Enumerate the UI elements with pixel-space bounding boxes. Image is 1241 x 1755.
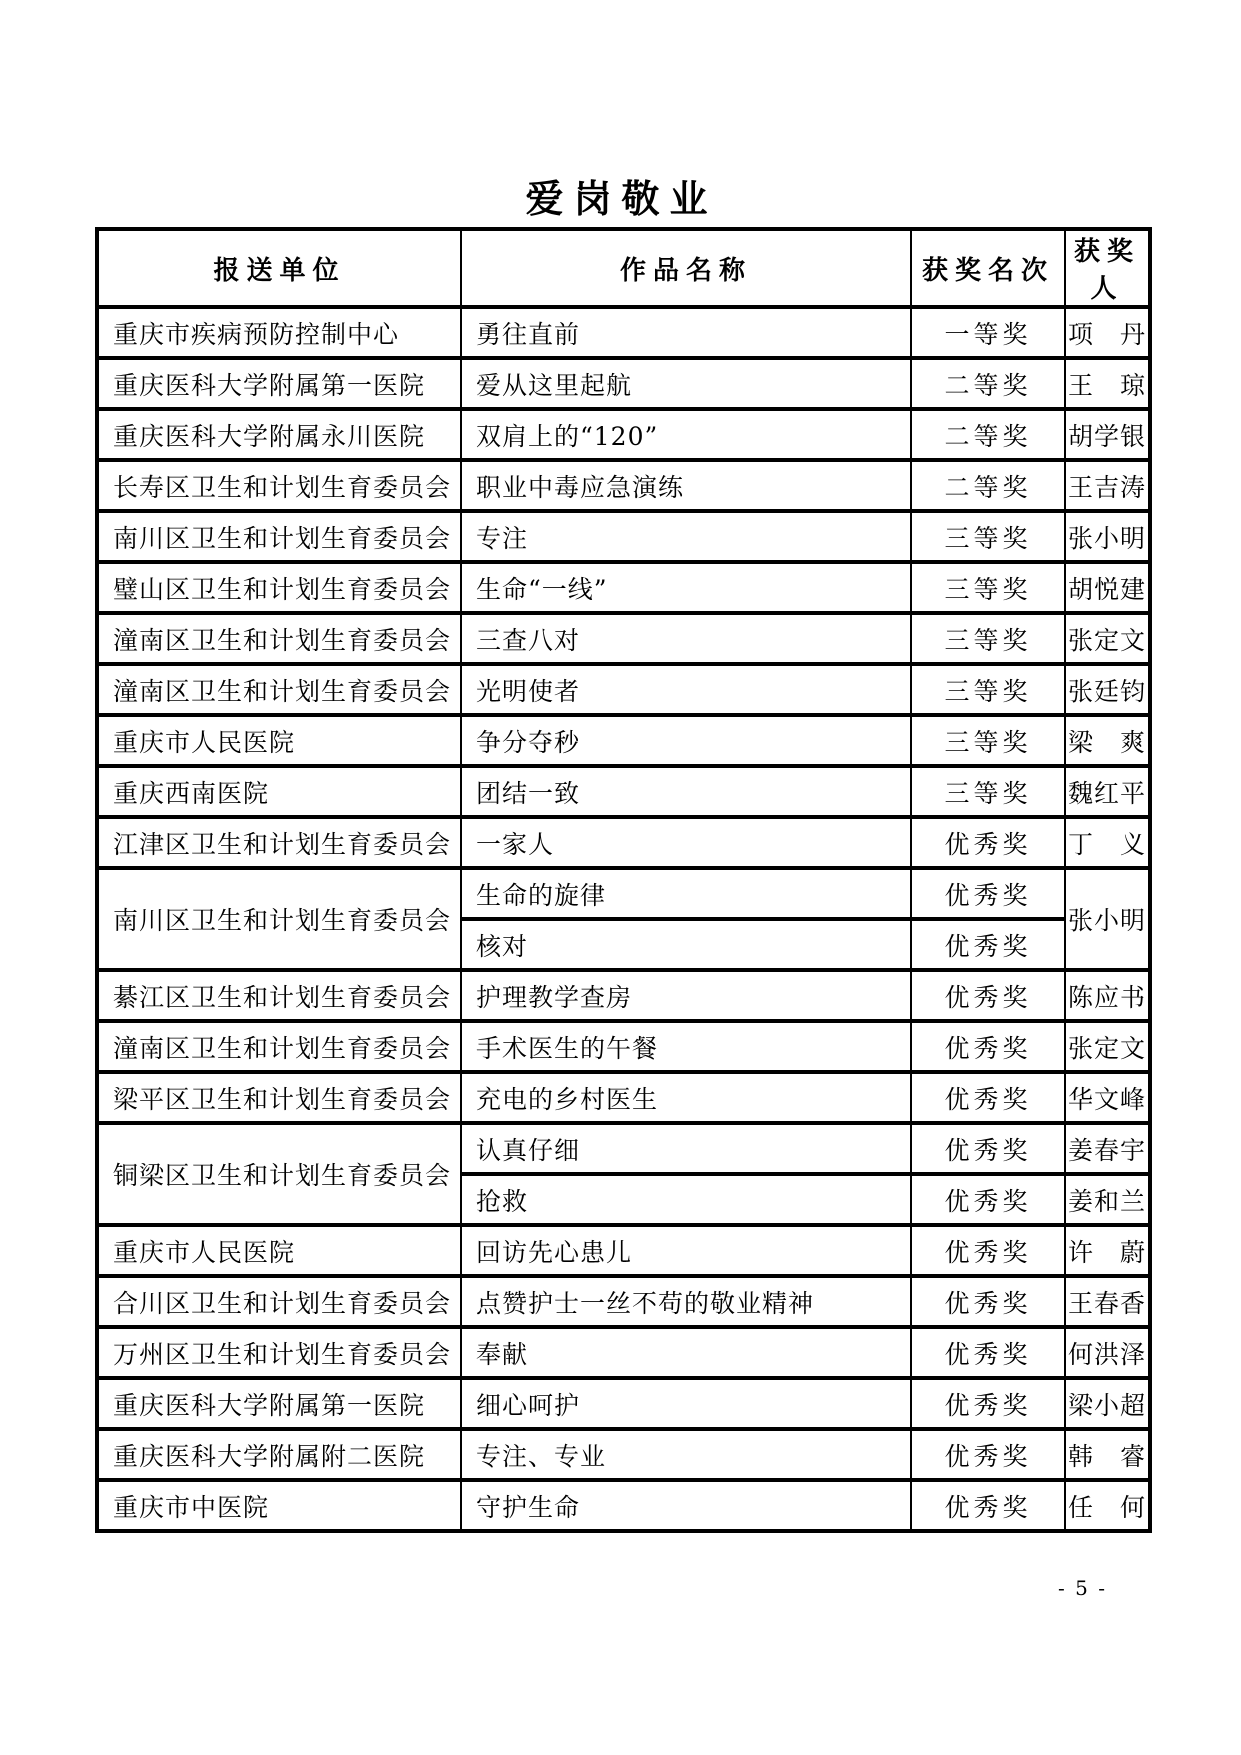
winner-cell: 王 琼 xyxy=(1065,358,1150,409)
work-cell: 双肩上的“120” xyxy=(461,409,911,460)
award-cell: 三等奖 xyxy=(911,664,1065,715)
award-cell: 优秀奖 xyxy=(911,970,1065,1021)
award-cell: 优秀奖 xyxy=(911,1225,1065,1276)
document-page: 爱岗敬业 报送单位 作品名称 获奖名次 获奖人 重庆市疾病预防控制中心勇往直前一… xyxy=(0,0,1241,1755)
unit-cell: 重庆医科大学附属永川医院 xyxy=(97,409,461,460)
winner-cell: 韩 睿 xyxy=(1065,1429,1150,1480)
table-row: 合川区卫生和计划生育委员会点赞护士一丝不苟的敬业精神优秀奖王春香 xyxy=(97,1276,1150,1327)
award-cell: 三等奖 xyxy=(911,766,1065,817)
unit-cell: 铜梁区卫生和计划生育委员会 xyxy=(97,1123,461,1225)
unit-cell: 潼南区卫生和计划生育委员会 xyxy=(97,1021,461,1072)
table-row: 重庆医科大学附属第一医院爱从这里起航二等奖王 琼 xyxy=(97,358,1150,409)
awards-table: 报送单位 作品名称 获奖名次 获奖人 重庆市疾病预防控制中心勇往直前一等奖项 丹… xyxy=(95,227,1152,1533)
award-cell: 优秀奖 xyxy=(911,868,1065,919)
unit-cell: 重庆医科大学附属第一医院 xyxy=(97,1378,461,1429)
table-row: 綦江区卫生和计划生育委员会护理教学查房优秀奖陈应书 xyxy=(97,970,1150,1021)
winner-cell: 何洪泽 xyxy=(1065,1327,1150,1378)
table-row: 潼南区卫生和计划生育委员会手术医生的午餐优秀奖张定文 xyxy=(97,1021,1150,1072)
winner-cell: 王春香 xyxy=(1065,1276,1150,1327)
award-cell: 二等奖 xyxy=(911,409,1065,460)
winner-cell: 胡悦建 xyxy=(1065,562,1150,613)
award-cell: 优秀奖 xyxy=(911,1378,1065,1429)
table-row: 重庆市疾病预防控制中心勇往直前一等奖项 丹 xyxy=(97,307,1150,358)
table-row: 南川区卫生和计划生育委员会专注三等奖张小明 xyxy=(97,511,1150,562)
work-cell: 充电的乡村医生 xyxy=(461,1072,911,1123)
winner-cell: 张定文 xyxy=(1065,1021,1150,1072)
table-row: 万州区卫生和计划生育委员会奉献优秀奖何洪泽 xyxy=(97,1327,1150,1378)
unit-cell: 合川区卫生和计划生育委员会 xyxy=(97,1276,461,1327)
winner-cell: 华文峰 xyxy=(1065,1072,1150,1123)
table-row: 潼南区卫生和计划生育委员会三查八对三等奖张定文 xyxy=(97,613,1150,664)
winner-cell: 丁 义 xyxy=(1065,817,1150,868)
unit-cell: 重庆西南医院 xyxy=(97,766,461,817)
work-cell: 手术医生的午餐 xyxy=(461,1021,911,1072)
table-row: 重庆市人民医院回访先心患儿优秀奖许 蔚 xyxy=(97,1225,1150,1276)
table-row: 江津区卫生和计划生育委员会一家人优秀奖丁 义 xyxy=(97,817,1150,868)
work-cell: 职业中毒应急演练 xyxy=(461,460,911,511)
unit-cell: 梁平区卫生和计划生育委员会 xyxy=(97,1072,461,1123)
unit-cell: 江津区卫生和计划生育委员会 xyxy=(97,817,461,868)
unit-cell: 潼南区卫生和计划生育委员会 xyxy=(97,664,461,715)
award-cell: 三等奖 xyxy=(911,562,1065,613)
award-cell: 优秀奖 xyxy=(911,817,1065,868)
unit-cell: 重庆市疾病预防控制中心 xyxy=(97,307,461,358)
table-row: 重庆医科大学附属永川医院双肩上的“120”二等奖胡学银 xyxy=(97,409,1150,460)
work-cell: 核对 xyxy=(461,919,911,970)
table-row: 重庆西南医院团结一致三等奖魏红平 xyxy=(97,766,1150,817)
page-number: - 5 - xyxy=(1058,1576,1107,1600)
unit-cell: 长寿区卫生和计划生育委员会 xyxy=(97,460,461,511)
winner-cell: 张小明 xyxy=(1065,868,1150,970)
header-unit: 报送单位 xyxy=(97,229,461,307)
work-cell: 争分夺秒 xyxy=(461,715,911,766)
award-cell: 优秀奖 xyxy=(911,1174,1065,1225)
table-row: 梁平区卫生和计划生育委员会充电的乡村医生优秀奖华文峰 xyxy=(97,1072,1150,1123)
work-cell: 专注、专业 xyxy=(461,1429,911,1480)
header-winner: 获奖人 xyxy=(1065,229,1150,307)
unit-cell: 南川区卫生和计划生育委员会 xyxy=(97,511,461,562)
winner-cell: 张小明 xyxy=(1065,511,1150,562)
work-cell: 认真仔细 xyxy=(461,1123,911,1174)
awards-table-body: 重庆市疾病预防控制中心勇往直前一等奖项 丹重庆医科大学附属第一医院爱从这里起航二… xyxy=(97,307,1150,1531)
work-cell: 回访先心患儿 xyxy=(461,1225,911,1276)
header-award: 获奖名次 xyxy=(911,229,1065,307)
winner-cell: 项 丹 xyxy=(1065,307,1150,358)
award-cell: 优秀奖 xyxy=(911,1276,1065,1327)
winner-cell: 张定文 xyxy=(1065,613,1150,664)
award-cell: 优秀奖 xyxy=(911,1480,1065,1531)
table-row: 重庆市人民医院争分夺秒三等奖梁 爽 xyxy=(97,715,1150,766)
work-cell: 光明使者 xyxy=(461,664,911,715)
table-row: 潼南区卫生和计划生育委员会光明使者三等奖张廷钧 xyxy=(97,664,1150,715)
work-cell: 爱从这里起航 xyxy=(461,358,911,409)
unit-cell: 重庆市人民医院 xyxy=(97,1225,461,1276)
table-row: 重庆市中医院守护生命优秀奖任 何 xyxy=(97,1480,1150,1531)
work-cell: 守护生命 xyxy=(461,1480,911,1531)
award-cell: 三等奖 xyxy=(911,613,1065,664)
award-cell: 优秀奖 xyxy=(911,1327,1065,1378)
work-cell: 护理教学查房 xyxy=(461,970,911,1021)
page-title: 爱岗敬业 xyxy=(95,168,1148,223)
award-cell: 优秀奖 xyxy=(911,1072,1065,1123)
award-cell: 一等奖 xyxy=(911,307,1065,358)
work-cell: 三查八对 xyxy=(461,613,911,664)
winner-cell: 任 何 xyxy=(1065,1480,1150,1531)
unit-cell: 重庆市中医院 xyxy=(97,1480,461,1531)
work-cell: 抢救 xyxy=(461,1174,911,1225)
work-cell: 勇往直前 xyxy=(461,307,911,358)
unit-cell: 万州区卫生和计划生育委员会 xyxy=(97,1327,461,1378)
winner-cell: 梁小超 xyxy=(1065,1378,1150,1429)
work-cell: 细心呵护 xyxy=(461,1378,911,1429)
work-cell: 生命“一线” xyxy=(461,562,911,613)
table-header-row: 报送单位 作品名称 获奖名次 获奖人 xyxy=(97,229,1150,307)
winner-cell: 胡学银 xyxy=(1065,409,1150,460)
work-cell: 一家人 xyxy=(461,817,911,868)
award-cell: 优秀奖 xyxy=(911,1021,1065,1072)
award-cell: 优秀奖 xyxy=(911,1429,1065,1480)
header-work: 作品名称 xyxy=(461,229,911,307)
table-row: 重庆医科大学附属附二医院专注、专业优秀奖韩 睿 xyxy=(97,1429,1150,1480)
table-row: 璧山区卫生和计划生育委员会生命“一线”三等奖胡悦建 xyxy=(97,562,1150,613)
unit-cell: 重庆市人民医院 xyxy=(97,715,461,766)
work-cell: 奉献 xyxy=(461,1327,911,1378)
winner-cell: 姜和兰 xyxy=(1065,1174,1150,1225)
work-cell: 团结一致 xyxy=(461,766,911,817)
table-row: 长寿区卫生和计划生育委员会职业中毒应急演练二等奖王吉涛 xyxy=(97,460,1150,511)
table-row: 重庆医科大学附属第一医院细心呵护优秀奖梁小超 xyxy=(97,1378,1150,1429)
work-cell: 点赞护士一丝不苟的敬业精神 xyxy=(461,1276,911,1327)
winner-cell: 姜春宇 xyxy=(1065,1123,1150,1174)
unit-cell: 璧山区卫生和计划生育委员会 xyxy=(97,562,461,613)
award-cell: 二等奖 xyxy=(911,358,1065,409)
award-cell: 优秀奖 xyxy=(911,919,1065,970)
award-cell: 三等奖 xyxy=(911,715,1065,766)
winner-cell: 张廷钧 xyxy=(1065,664,1150,715)
winner-cell: 许 蔚 xyxy=(1065,1225,1150,1276)
unit-cell: 潼南区卫生和计划生育委员会 xyxy=(97,613,461,664)
winner-cell: 陈应书 xyxy=(1065,970,1150,1021)
award-cell: 三等奖 xyxy=(911,511,1065,562)
work-cell: 生命的旋律 xyxy=(461,868,911,919)
award-cell: 优秀奖 xyxy=(911,1123,1065,1174)
unit-cell: 重庆医科大学附属附二医院 xyxy=(97,1429,461,1480)
table-row: 铜梁区卫生和计划生育委员会认真仔细优秀奖姜春宇 xyxy=(97,1123,1150,1174)
winner-cell: 魏红平 xyxy=(1065,766,1150,817)
winner-cell: 王吉涛 xyxy=(1065,460,1150,511)
unit-cell: 綦江区卫生和计划生育委员会 xyxy=(97,970,461,1021)
unit-cell: 南川区卫生和计划生育委员会 xyxy=(97,868,461,970)
award-cell: 二等奖 xyxy=(911,460,1065,511)
work-cell: 专注 xyxy=(461,511,911,562)
table-row: 南川区卫生和计划生育委员会生命的旋律优秀奖张小明 xyxy=(97,868,1150,919)
winner-cell: 梁 爽 xyxy=(1065,715,1150,766)
unit-cell: 重庆医科大学附属第一医院 xyxy=(97,358,461,409)
